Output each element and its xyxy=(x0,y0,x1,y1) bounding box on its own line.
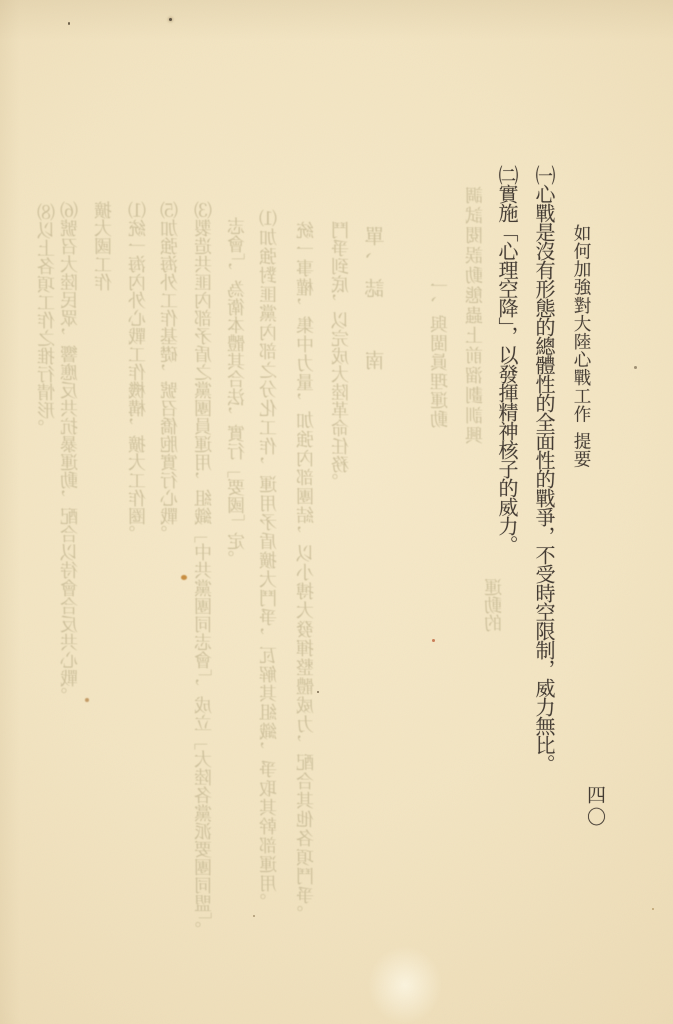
ghost-text-column: 擴大國工作 xyxy=(91,201,117,291)
body-item-2: ㈡實施「心理空降」，以發揮精神核子的威力。 xyxy=(492,165,521,554)
ghost-text-column: 一、與閩眞理運動 xyxy=(427,277,453,429)
paper-speck xyxy=(317,691,319,693)
foxing-spot xyxy=(432,639,435,642)
ghost-text-column: 單、誌 xyxy=(362,226,391,304)
ghost-text-column: ⑹號召大陸民眾，響應反共抗暴運動，配合以待會合反共心戰。 xyxy=(57,201,83,705)
paper-speck xyxy=(68,22,70,25)
paper-speck xyxy=(634,366,637,369)
ghost-text-column: ⑴加強對匪黨內部之分化工作，運用矛盾擴大鬥爭，瓦解其組織，爭取其幹部運用。 xyxy=(256,209,282,912)
ghost-text-column: ⑻以上各項工作之推行情形。 xyxy=(34,203,60,437)
scanned-document-page: 運動的 調試閱誤動態蟲上前溜劃訓興 一、與閩眞理運動 單、誌 南 鬥爭到底，以完… xyxy=(0,0,673,1024)
ghost-text-column: ⑶製造共匪內部矛盾之黨團員運用，組織「中共黨團同志會」，成立「大陸各黨派要團同盟… xyxy=(191,201,217,939)
ghost-text-column: 調試閱誤動態蟲上前溜劃訓興 xyxy=(462,186,488,446)
body-item-1: ㈠心戰是沒有形態的總體性的全面性的戰爭，不受時空限制，威力無比。 xyxy=(529,165,558,773)
paper-light-patch xyxy=(368,946,442,1024)
ghost-text-column: 南 xyxy=(362,350,391,370)
title-text: 如何加強對大陸心戰工作 xyxy=(572,224,592,423)
paper-speck xyxy=(253,915,255,917)
title-subtitle: 提要 xyxy=(572,432,592,468)
ghost-text-column: 志會」，為衛本體其合法，實行「要國」定。 xyxy=(224,217,250,568)
document-title: 如何加強對大陸心戰工作提要 xyxy=(570,224,595,468)
ghost-text-column: 鬥爭到底，以完成大陸革命任務。 xyxy=(328,221,354,491)
paper-speck xyxy=(652,908,654,910)
ghost-text-column: ⑸加強海外工作基礎，號召僑胞實行心戰。 xyxy=(157,201,183,543)
ghost-text-column: 統一事權，集中力量，加強內部團結，以小搏大發揮整體威力，配合其他各項鬥爭。 xyxy=(293,221,319,924)
foxing-spot xyxy=(181,575,187,580)
paper-grain-texture xyxy=(0,0,673,1024)
paper-speck xyxy=(169,18,172,21)
ghost-text-column: ⑴統一海內外心戰工作機構，擴大工作圈。 xyxy=(125,201,151,543)
foxing-spot xyxy=(85,698,89,702)
page-number: 四〇 xyxy=(581,785,608,829)
ghost-text-column: 運動的 xyxy=(481,578,507,632)
